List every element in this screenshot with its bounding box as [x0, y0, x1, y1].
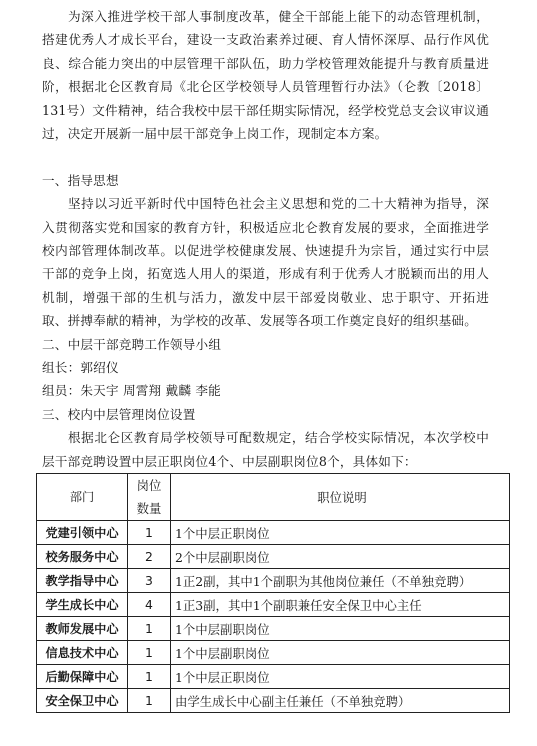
- table-header-row: 部门 岗位 数量 职位说明: [37, 474, 510, 521]
- header-desc: 职位说明: [171, 474, 510, 521]
- section-3-heading: 三、校内中层管理岗位设置: [42, 403, 489, 426]
- section-2-heading: 二、中层干部竞聘工作领导小组: [42, 333, 489, 356]
- cell-count: 1: [128, 617, 171, 641]
- cell-dept: 校务服务中心: [37, 545, 128, 569]
- cell-count: 1: [128, 665, 171, 689]
- cell-count: 3: [128, 569, 171, 593]
- cell-dept: 教师发展中心: [37, 617, 128, 641]
- table-row: 学生成长中心 4 1正3副，其中1个副职兼任安全保卫中心主任: [37, 593, 510, 617]
- table-row: 校务服务中心 2 2个中层副职岗位: [37, 545, 510, 569]
- table-row: 信息技术中心 1 1个中层副职岗位: [37, 641, 510, 665]
- positions-table: 部门 岗位 数量 职位说明 党建引领中心 1 1个中层正职岗位 校务服务中心 2…: [36, 473, 510, 713]
- blank-line: [42, 145, 489, 168]
- header-count-line2: 数量: [128, 497, 170, 520]
- table-row: 教师发展中心 1 1个中层副职岗位: [37, 617, 510, 641]
- cell-dept: 后勤保障中心: [37, 665, 128, 689]
- cell-count: 1: [128, 521, 171, 545]
- cell-dept: 党建引领中心: [37, 521, 128, 545]
- cell-desc: 1个中层正职岗位: [171, 521, 510, 545]
- section-1-heading: 一、指导思想: [42, 169, 489, 192]
- cell-desc: 1个中层副职岗位: [171, 617, 510, 641]
- cell-count: 4: [128, 593, 171, 617]
- group-leader: 组长：郭绍仪: [42, 356, 489, 379]
- cell-dept: 学生成长中心: [37, 593, 128, 617]
- group-members: 组员：朱天宇 周霄翔 戴麟 李能: [42, 379, 489, 402]
- cell-desc: 1正2副，其中1个副职为其他岗位兼任（不单独竞聘）: [171, 569, 510, 593]
- cell-count: 1: [128, 689, 171, 713]
- header-count: 岗位 数量: [128, 474, 171, 521]
- section-3-paragraph: 根据北仑区教育局学校领导可配数规定，结合学校实际情况，本次学校中层干部竞聘设置中…: [42, 426, 489, 473]
- table-row: 教学指导中心 3 1正2副，其中1个副职为其他岗位兼任（不单独竞聘）: [37, 569, 510, 593]
- section-1-paragraph: 坚持以习近平新时代中国特色社会主义思想和党的二十大精神为指导，深入贯彻落实党和国…: [42, 192, 489, 332]
- cell-dept: 信息技术中心: [37, 641, 128, 665]
- cell-count: 2: [128, 545, 171, 569]
- cell-dept: 安全保卫中心: [37, 689, 128, 713]
- cell-desc: 1个中层副职岗位: [171, 641, 510, 665]
- cell-count: 1: [128, 641, 171, 665]
- table-row: 安全保卫中心 1 由学生成长中心副主任兼任（不单独竞聘）: [37, 689, 510, 713]
- cell-desc: 1个中层正职岗位: [171, 665, 510, 689]
- header-count-line1: 岗位: [128, 474, 170, 497]
- cell-desc: 由学生成长中心副主任兼任（不单独竞聘）: [171, 689, 510, 713]
- intro-paragraph: 为深入推进学校干部人事制度改革，健全干部能上能下的动态管理机制，搭建优秀人才成长…: [42, 5, 489, 145]
- cell-desc: 1正3副，其中1个副职兼任安全保卫中心主任: [171, 593, 510, 617]
- table-row: 后勤保障中心 1 1个中层正职岗位: [37, 665, 510, 689]
- table-row: 党建引领中心 1 1个中层正职岗位: [37, 521, 510, 545]
- cell-desc: 2个中层副职岗位: [171, 545, 510, 569]
- cell-dept: 教学指导中心: [37, 569, 128, 593]
- header-dept: 部门: [37, 474, 128, 521]
- document-page: 为深入推进学校干部人事制度改革，健全干部能上能下的动态管理机制，搭建优秀人才成长…: [42, 5, 489, 473]
